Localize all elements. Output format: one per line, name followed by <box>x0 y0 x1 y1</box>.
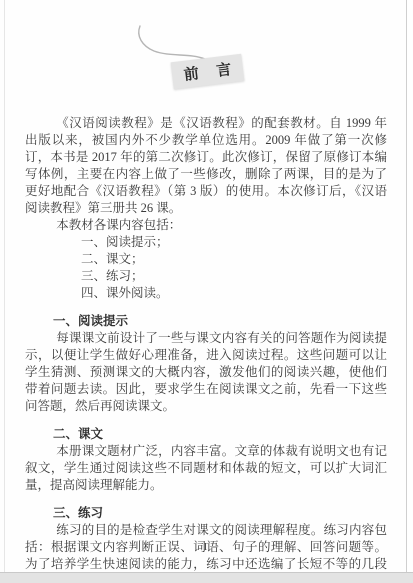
page-left-edge <box>4 0 5 572</box>
list-item-extracurricular-reading: 四、课外阅读。 <box>81 285 387 302</box>
contents-list: 一、阅读提示； 二、课文； 三、练习； 四、课外阅读。 <box>25 234 387 302</box>
section-heading: 一、阅读提示 <box>53 313 387 330</box>
contents-list-intro: 本教材各课内容包括： <box>25 217 387 234</box>
section-heading: 二、课文 <box>53 426 387 443</box>
list-item-reading-tips: 一、阅读提示； <box>81 234 387 251</box>
list-item-exercises: 三、练习； <box>81 268 387 285</box>
intro-paragraph: 《汉语阅读教程》是《汉语教程》的配套教材。自 1999 年出版以来，被国内外不少… <box>25 115 387 217</box>
section-text: 二、课文 本册课文题材广泛，内容丰富。文章的体裁有说明文也有记叙文，学生通过阅读… <box>25 426 387 494</box>
preface-page: 前 言 《汉语阅读教程》是《汉语教程》的配套教材。自 1999 年出版以来，被国… <box>0 0 413 583</box>
section-reading-tips: 一、阅读提示 每课课文前设计了一些与课文内容有关的问答题作为阅读提示，以便让学生… <box>25 313 387 415</box>
section-heading: 三、练习 <box>53 505 387 522</box>
section-body: 本册课文题材广泛，内容丰富。文章的体裁有说明文也有记叙文，学生通过阅读这些不同题… <box>25 443 387 494</box>
page-number: I <box>25 541 387 553</box>
scan-bottom-edge <box>0 572 413 583</box>
list-item-text: 二、课文； <box>81 251 387 268</box>
preface-title: 前 言 <box>183 57 240 85</box>
preface-body: 《汉语阅读教程》是《汉语教程》的配套教材。自 1999 年出版以来，被国内外不少… <box>25 115 387 583</box>
section-body: 每课课文前设计了一些与课文内容有关的问答题作为阅读提示，以便让学生做好心理准备，… <box>25 330 387 415</box>
